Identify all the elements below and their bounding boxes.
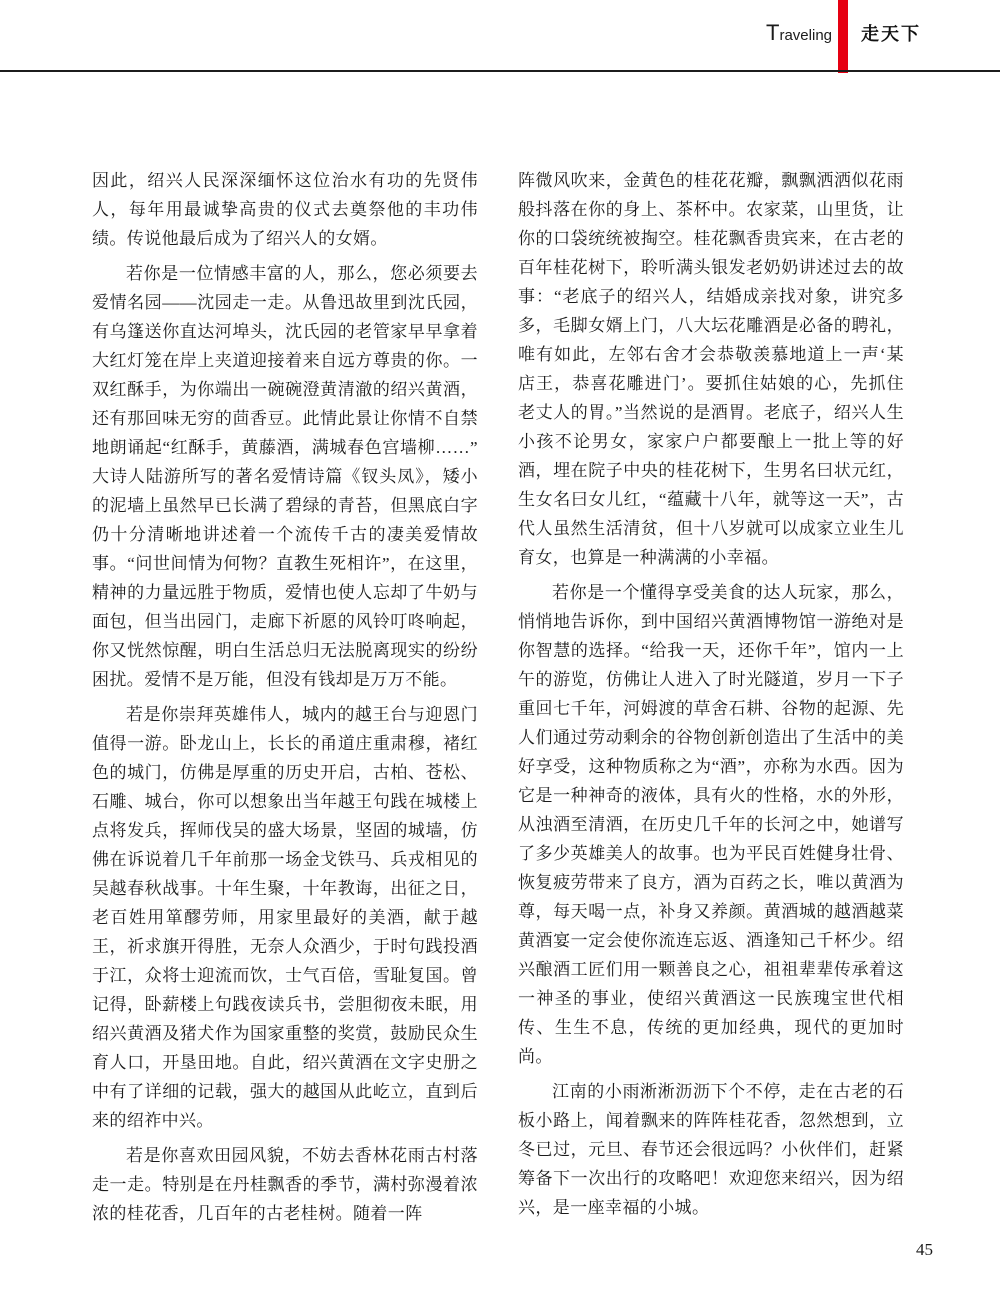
paragraph: 若是你喜欢田园风貌，不妨去香林花雨古村落走一走。特别是在丹桂飘香的季节，满村弥漫… bbox=[92, 1141, 478, 1228]
article-body: 因此，绍兴人民深深缅怀这位治水有功的先贤伟人，每年用最诚挚高贵的仪式去奠祭他的丰… bbox=[92, 166, 905, 1234]
paragraph: 若你是一个懂得享受美食的达人玩家，那么，悄悄地告诉你，到中国绍兴黄酒博物馆一游绝… bbox=[518, 578, 904, 1071]
paragraph: 江南的小雨淅淅沥沥下个不停，走在古老的石板小路上，闻着飘来的阵阵桂花香，忽然想到… bbox=[518, 1077, 904, 1222]
section-title-rest: raveling bbox=[779, 27, 832, 44]
paragraph: 若你是一位情感丰富的人，那么，您必须要去爱情名园——沈园走一走。从鲁迅故里到沈氏… bbox=[92, 259, 478, 694]
page-number: 45 bbox=[916, 1240, 933, 1260]
paragraph: 若是你崇拜英雄伟人，城内的越王台与迎恩门值得一游。卧龙山上，长长的甬道庄重肃穆，… bbox=[92, 700, 478, 1135]
header-divider-line bbox=[0, 70, 1000, 72]
section-accent-bar bbox=[838, 0, 848, 73]
section-title-initial: T bbox=[766, 20, 779, 45]
section-title-english: Traveling bbox=[0, 0, 832, 66]
paragraph: 阵微风吹来，金黄色的桂花花瓣，飘飘洒洒似花雨般抖落在你的身上、茶杯中。农家菜，山… bbox=[518, 166, 904, 572]
section-title-chinese: 走天下 bbox=[861, 0, 921, 66]
left-column: 因此，绍兴人民深深缅怀这位治水有功的先贤伟人，每年用最诚挚高贵的仪式去奠祭他的丰… bbox=[92, 166, 478, 1234]
right-column: 阵微风吹来，金黄色的桂花花瓣，飘飘洒洒似花雨般抖落在你的身上、茶杯中。农家菜，山… bbox=[518, 166, 904, 1234]
paragraph: 因此，绍兴人民深深缅怀这位治水有功的先贤伟人，每年用最诚挚高贵的仪式去奠祭他的丰… bbox=[92, 166, 478, 253]
